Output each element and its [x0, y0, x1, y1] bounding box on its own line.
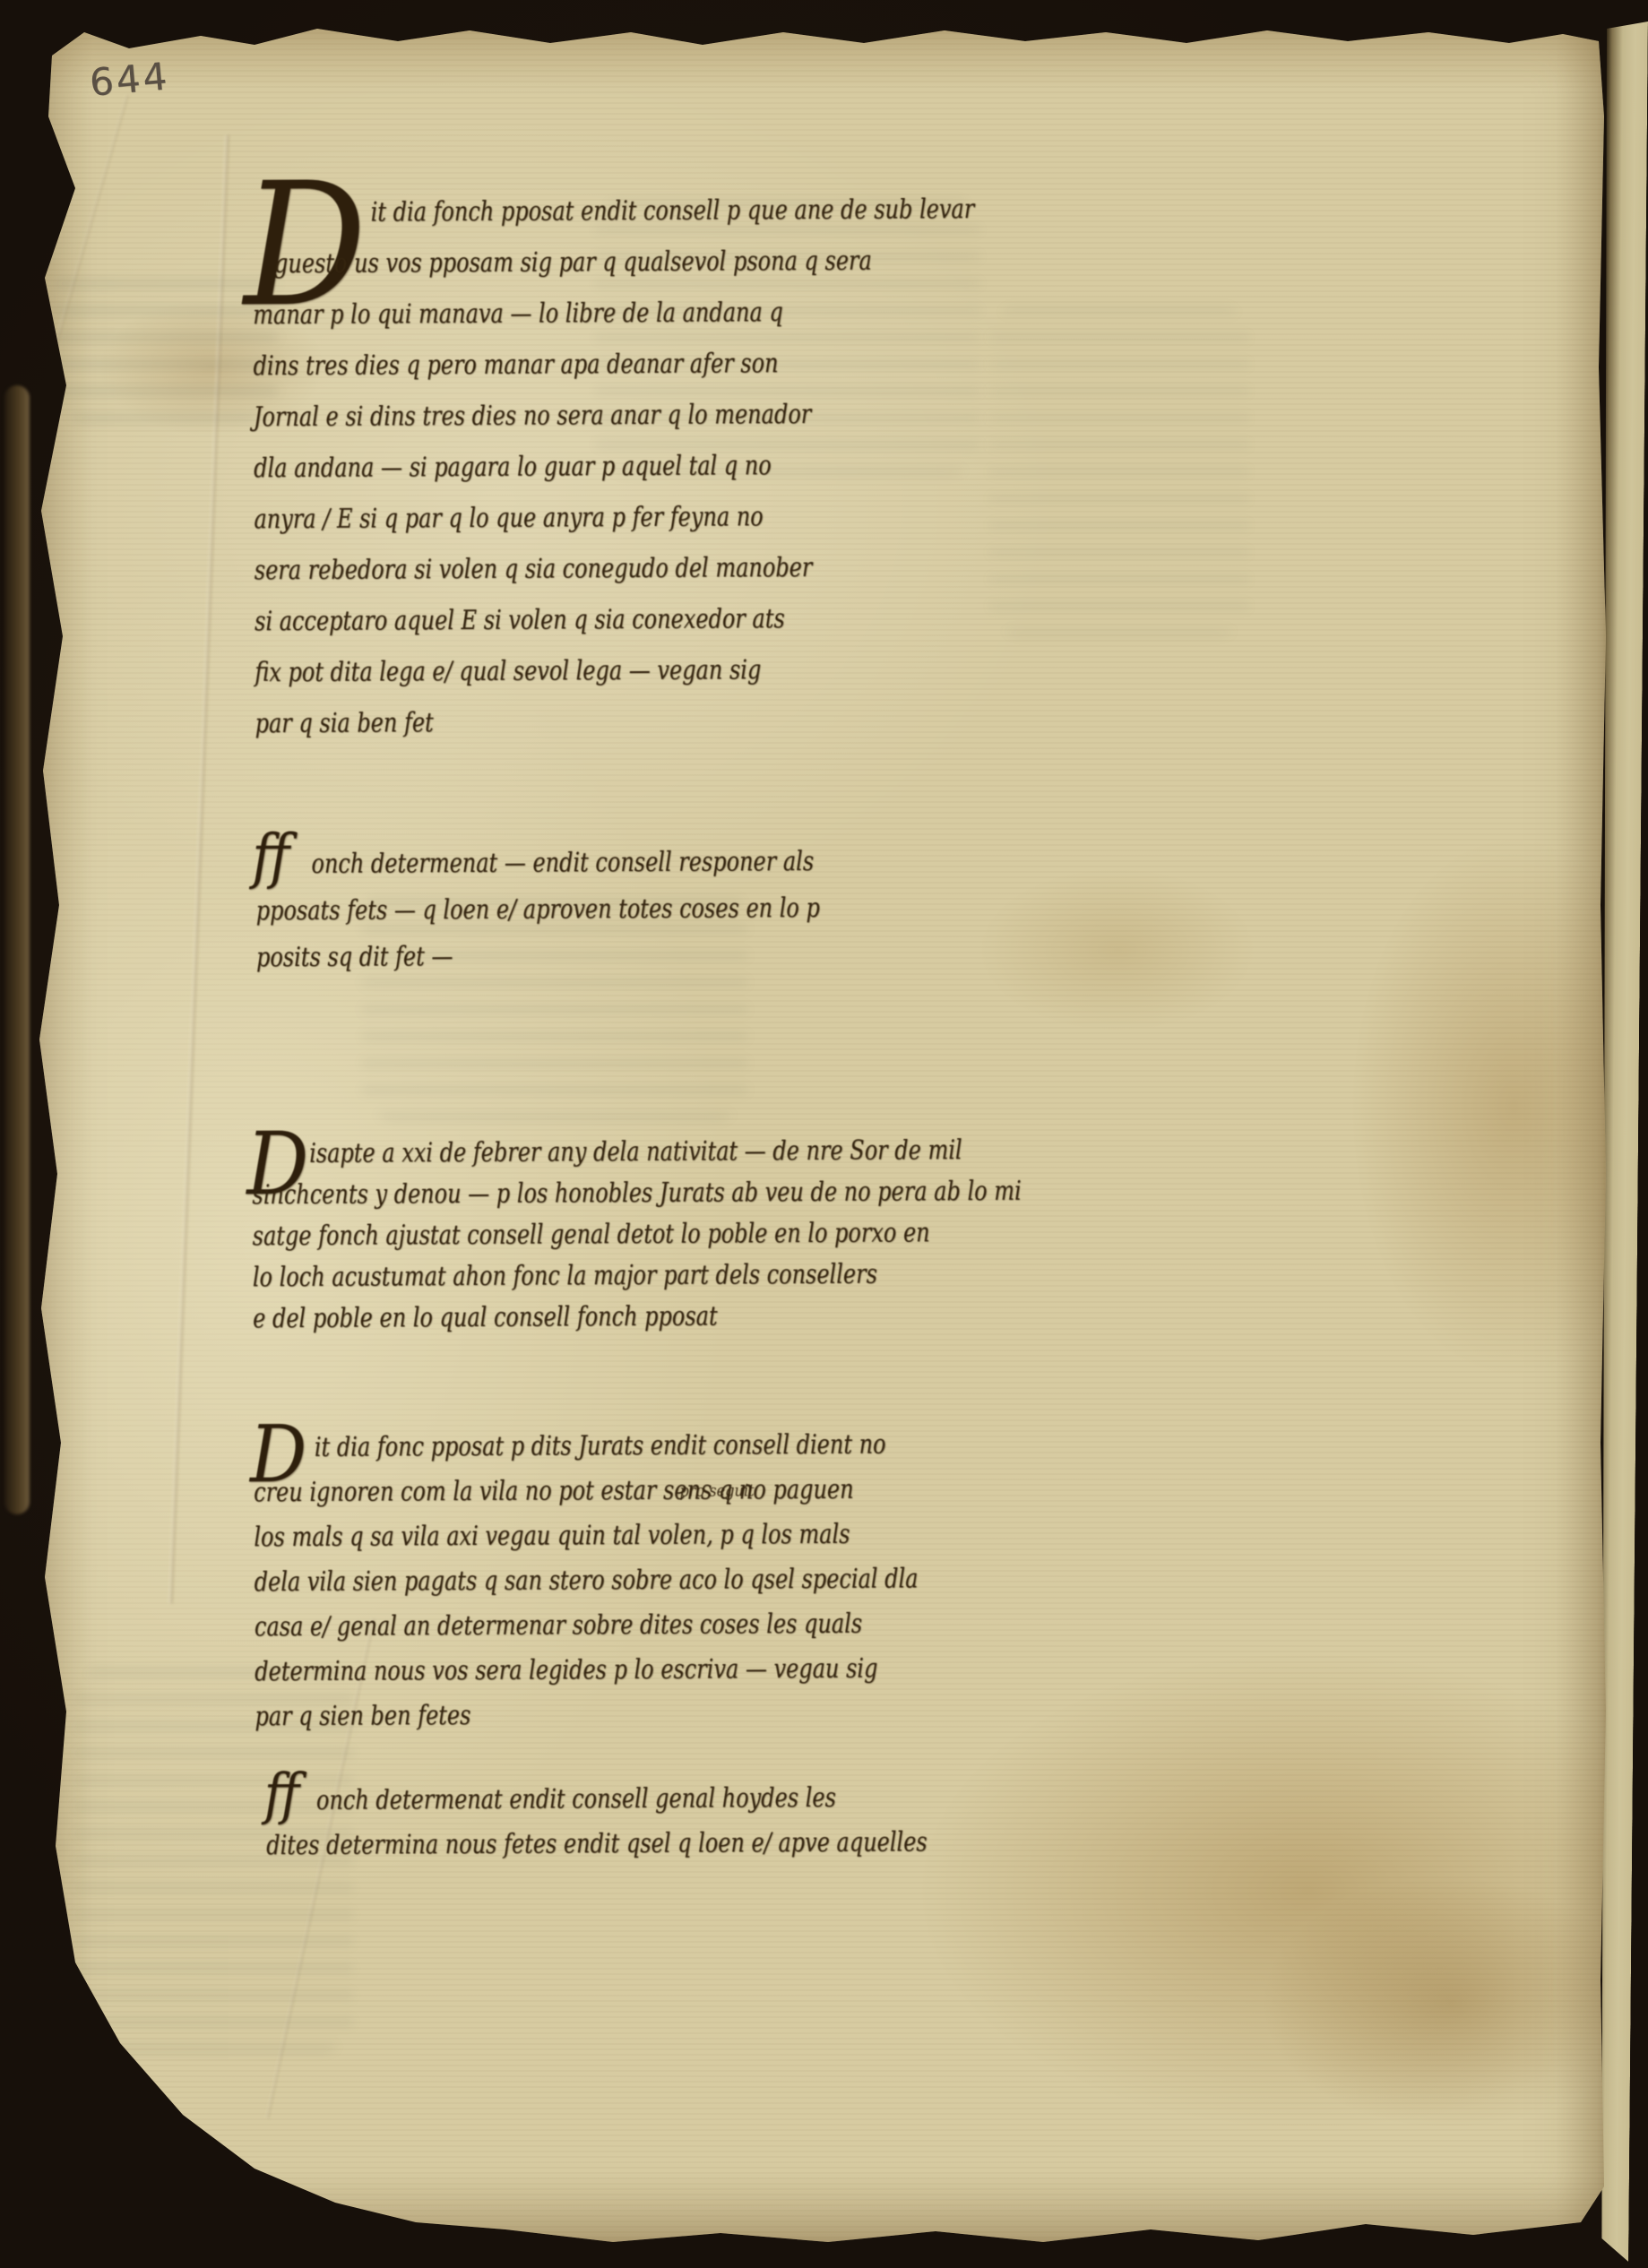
text-line: los mals q sa vila axi vegau quin tal vo…	[254, 1512, 918, 1560]
text-line: isapte a xxi de febrer any dela nativita…	[309, 1130, 1032, 1175]
text-line: manar p lo qui manava — lo libre de la a…	[253, 286, 951, 341]
manuscript-photo: 644 695 D it dia fonch pposat endit cons…	[0, 0, 1648, 2268]
text-line: dela vila sien pagats q san stero sobre …	[255, 1557, 919, 1605]
text-line: e del poble en lo qual consell fonch ppo…	[253, 1295, 1022, 1340]
paragraph-2: ff onch determenat — endit consell respo…	[255, 838, 961, 981]
paragraph-5: ff onch determenat endit consell genal h…	[266, 1774, 1092, 1868]
text-line: guesto us vos pposam sig par q qualsevol…	[274, 235, 955, 289]
text-line: dites determina nous fetes endit qsel q …	[266, 1820, 928, 1868]
text-line: si acceptaro aquel E si volen q sia cone…	[255, 592, 953, 647]
text-line: it dia fonch pposat endit consell p que …	[370, 184, 974, 238]
text-line: onch determenat — endit consell responer…	[311, 839, 831, 888]
text-line: creu ignoren com la vila no pot estar se…	[254, 1467, 918, 1515]
text-line: dla andana — si pagara lo guar p aquel t…	[254, 439, 952, 494]
text-line: onch determenat endit consell genal hoyd…	[316, 1775, 937, 1824]
under-page-edge	[4, 385, 30, 1514]
text-line: par q sien ben fetes	[255, 1691, 919, 1739]
paragraph-initial: ff	[252, 827, 289, 886]
text-line: posits sq dit fet —	[256, 932, 820, 981]
corner-pencil-mark: 695	[135, 2164, 187, 2196]
text-line: par q sia ben fet	[255, 694, 953, 749]
paragraph-4: D pro seguit it dia fonc pposat p dits J…	[254, 1421, 1085, 1739]
text-line: casa e/ genal an determenar sobre dites …	[255, 1601, 919, 1650]
text-line: anyra / E si q par q lo que anyra p fer …	[254, 490, 952, 545]
paragraph-3: D isapte a xxi de febrer any dela nativi…	[252, 1129, 1214, 1341]
handwritten-text-layer: D it dia fonch pposat endit consell p qu…	[15, 4, 1615, 2253]
manuscript-page: 644 695 D it dia fonch pposat endit cons…	[22, 9, 1609, 2249]
text-line: it dia fonc pposat p dits Jurats endit c…	[315, 1422, 930, 1470]
text-line: satge fonch ajustat consell genal detot …	[253, 1212, 1022, 1257]
text-line: lo loch acustumat ahon fonc la major par…	[253, 1254, 1022, 1298]
text-line: determina nous vos sera legides p lo esc…	[255, 1646, 919, 1695]
text-line: pposats fets — q loen e/ aproven totes c…	[256, 885, 820, 935]
text-line: sinchcents y denou — p los honobles Jura…	[252, 1171, 1022, 1216]
text-line: fix pot dita lega e/ qual sevol lega — v…	[255, 643, 953, 698]
text-line: dins tres dies q pero manar apa deanar a…	[253, 337, 951, 392]
text-line: sera rebedora si volen q sia conegudo de…	[255, 541, 953, 596]
text-line: Jornal e si dins tres dies no sera anar …	[254, 388, 952, 443]
paragraph-initial: ff	[264, 1766, 300, 1822]
paragraph-1: D it dia fonch pposat endit consell p qu…	[252, 183, 1127, 749]
